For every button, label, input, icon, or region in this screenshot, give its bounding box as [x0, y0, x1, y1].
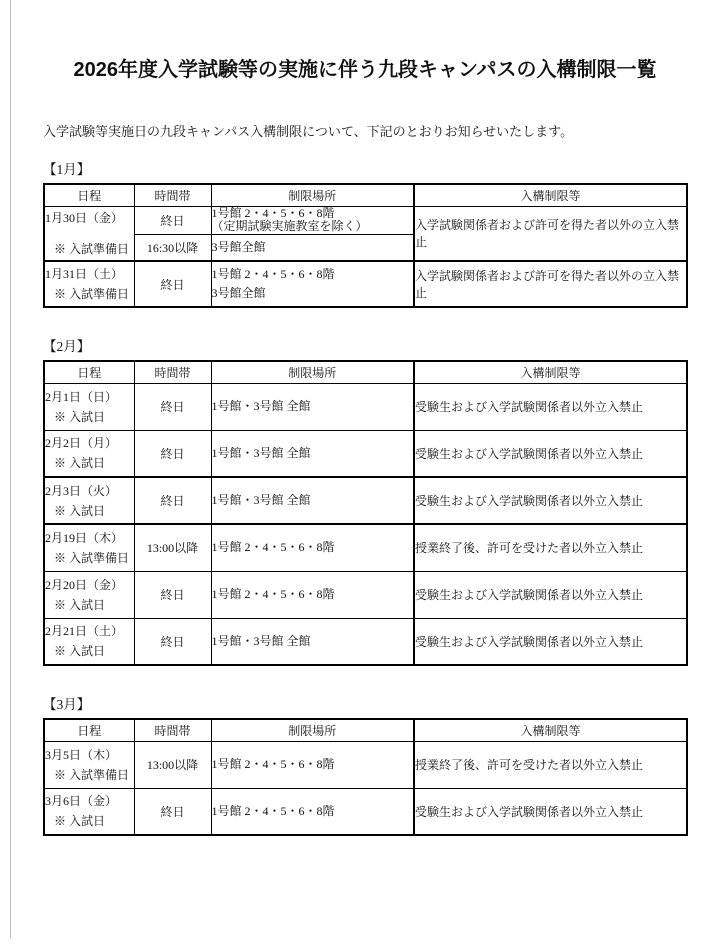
place-cell: 1号館 2・4・5・6・8階	[211, 571, 414, 618]
date-cell: 2月1日（日） ※ 入試日	[44, 383, 134, 430]
date-line: 2月1日（日）	[45, 387, 134, 407]
col-header-place: 制限場所	[211, 361, 414, 383]
restriction-cell: 授業終了後、許可を受けた者以外立入禁止	[414, 741, 687, 788]
table-row: 2月1日（日） ※ 入試日 終日 1号館・3号館 全館 受験生および入学試験関係…	[44, 383, 687, 430]
place-cell: 1号館・3号館 全館	[211, 383, 414, 430]
date-note: ※ 入試準備日	[45, 239, 134, 259]
header-row: 日程 時間帯 制限場所 入構制限等	[44, 719, 687, 741]
section-label-january: 【1月】	[43, 161, 687, 178]
place-cell: 3号館全館	[211, 234, 414, 261]
time-cell: 終日	[134, 618, 211, 665]
table-row: 2月20日（金） ※ 入試日 終日 1号館 2・4・5・6・8階 受験生および入…	[44, 571, 687, 618]
date-cell: 2月19日（木） ※ 入試準備日	[44, 524, 134, 571]
restriction-cell: 受験生および入学試験関係者以外立入禁止	[414, 618, 687, 665]
date-line: 2月3日（火）	[45, 481, 134, 501]
date-line: 2月21日（土）	[45, 621, 134, 641]
date-cell: 3月5日（木） ※ 入試準備日	[44, 741, 134, 788]
restriction-cell: 授業終了後、許可を受けた者以外立入禁止	[414, 524, 687, 571]
time-cell: 終日	[134, 430, 211, 477]
intro-text: 入学試験等実施日の九段キャンパス入構制限について、下記のとおりお知らせいたします…	[43, 124, 687, 140]
february-table: 日程 時間帯 制限場所 入構制限等 2月1日（日） ※ 入試日 終日 1号館・3…	[43, 360, 688, 666]
date-note: ※ 入試準備日	[45, 765, 134, 785]
date-cell: 1月30日（金） ※ 入試準備日	[44, 206, 134, 261]
time-cell: 終日	[134, 383, 211, 430]
time-cell: 終日	[134, 788, 211, 835]
time-cell: 終日	[134, 571, 211, 618]
header-row: 日程 時間帯 制限場所 入構制限等	[44, 361, 687, 383]
time-cell: 終日	[134, 206, 211, 234]
page-edge-line	[10, 0, 11, 938]
place-cell: 1号館 2・4・5・6・8階 （定期試験実施教室を除く）	[211, 206, 414, 234]
col-header-restriction: 入構制限等	[414, 361, 687, 383]
col-header-date: 日程	[44, 184, 134, 206]
date-line: 1月30日（金）	[45, 208, 134, 228]
time-cell: 16:30以降	[134, 234, 211, 261]
date-cell: 3月6日（金） ※ 入試日	[44, 788, 134, 835]
place-cell: 1号館 2・4・5・6・8階	[211, 788, 414, 835]
place-cell: 1号館 2・4・5・6・8階 3号館全館	[211, 261, 414, 307]
col-header-restriction: 入構制限等	[414, 184, 687, 206]
page-title: 2026年度入学試験等の実施に伴う九段キャンパスの入構制限一覧	[43, 56, 687, 84]
place-cell: 1号館 2・4・5・6・8階	[211, 524, 414, 571]
date-note: ※ 入試日	[45, 811, 134, 831]
table-row: 2月21日（土） ※ 入試日 終日 1号館・3号館 全館 受験生および入学試験関…	[44, 618, 687, 665]
date-note: ※ 入試日	[45, 453, 134, 473]
date-line: 2月20日（金）	[45, 575, 134, 595]
march-table: 日程 時間帯 制限場所 入構制限等 3月5日（木） ※ 入試準備日 13:00以…	[43, 718, 688, 836]
date-note: ※ 入試日	[45, 501, 134, 521]
date-note: ※ 入試準備日	[45, 548, 134, 568]
place-line: （定期試験実施教室を除く）	[212, 220, 414, 233]
date-line: 2月19日（木）	[45, 528, 134, 548]
date-note: ※ 入試準備日	[45, 284, 134, 304]
restriction-cell: 入学試験関係者および許可を得た者以外の立入禁止	[414, 206, 687, 261]
table-row: 3月5日（木） ※ 入試準備日 13:00以降 1号館 2・4・5・6・8階 授…	[44, 741, 687, 788]
date-cell: 2月20日（金） ※ 入試日	[44, 571, 134, 618]
restriction-cell: 受験生および入学試験関係者以外立入禁止	[414, 571, 687, 618]
section-label-february: 【2月】	[43, 338, 687, 355]
restriction-cell: 入学試験関係者および許可を得た者以外の立入禁止	[414, 261, 687, 307]
place-line: 3号館全館	[212, 284, 414, 303]
date-line: 3月6日（金）	[45, 791, 134, 811]
col-header-date: 日程	[44, 361, 134, 383]
date-line: 3月5日（木）	[45, 745, 134, 765]
date-cell: 2月2日（月） ※ 入試日	[44, 430, 134, 477]
date-cell: 1月31日（土） ※ 入試準備日	[44, 261, 134, 307]
restriction-cell: 受験生および入学試験関係者以外立入禁止	[414, 383, 687, 430]
place-cell: 1号館・3号館 全館	[211, 477, 414, 524]
date-cell: 2月3日（火） ※ 入試日	[44, 477, 134, 524]
time-cell: 終日	[134, 477, 211, 524]
date-cell: 2月21日（土） ※ 入試日	[44, 618, 134, 665]
table-row: 2月3日（火） ※ 入試日 終日 1号館・3号館 全館 受験生および入学試験関係…	[44, 477, 687, 524]
restriction-cell: 受験生および入学試験関係者以外立入禁止	[414, 430, 687, 477]
document-page: 2026年度入学試験等の実施に伴う九段キャンパスの入構制限一覧 入学試験等実施日…	[0, 0, 726, 947]
place-line: 1号館 2・4・5・6・8階	[212, 265, 414, 284]
date-line: 2月2日（月）	[45, 433, 134, 453]
col-header-time: 時間帯	[134, 361, 211, 383]
place-cell: 1号館・3号館 全館	[211, 430, 414, 477]
table-row: 1月31日（土） ※ 入試準備日 終日 1号館 2・4・5・6・8階 3号館全館…	[44, 261, 687, 307]
date-line: 1月31日（土）	[45, 264, 134, 284]
date-note: ※ 入試日	[45, 641, 134, 661]
january-table: 日程 時間帯 制限場所 入構制限等 1月30日（金） ※ 入試準備日 終日 1号…	[43, 183, 688, 308]
date-note: ※ 入試日	[45, 407, 134, 427]
table-row: 1月30日（金） ※ 入試準備日 終日 1号館 2・4・5・6・8階 （定期試験…	[44, 206, 687, 234]
time-cell: 13:00以降	[134, 741, 211, 788]
table-row: 2月2日（月） ※ 入試日 終日 1号館・3号館 全館 受験生および入学試験関係…	[44, 430, 687, 477]
place-cell: 1号館・3号館 全館	[211, 618, 414, 665]
section-label-march: 【3月】	[43, 696, 687, 713]
col-header-time: 時間帯	[134, 719, 211, 741]
document-content: 2026年度入学試験等の実施に伴う九段キャンパスの入構制限一覧 入学試験等実施日…	[43, 0, 687, 836]
place-cell: 1号館 2・4・5・6・8階	[211, 741, 414, 788]
header-row: 日程 時間帯 制限場所 入構制限等	[44, 184, 687, 206]
time-cell: 終日	[134, 261, 211, 307]
time-cell: 13:00以降	[134, 524, 211, 571]
date-note: ※ 入試日	[45, 595, 134, 615]
col-header-date: 日程	[44, 719, 134, 741]
col-header-restriction: 入構制限等	[414, 719, 687, 741]
table-row: 3月6日（金） ※ 入試日 終日 1号館 2・4・5・6・8階 受験生および入学…	[44, 788, 687, 835]
col-header-place: 制限場所	[211, 719, 414, 741]
col-header-place: 制限場所	[211, 184, 414, 206]
col-header-time: 時間帯	[134, 184, 211, 206]
restriction-cell: 受験生および入学試験関係者以外立入禁止	[414, 788, 687, 835]
restriction-cell: 受験生および入学試験関係者以外立入禁止	[414, 477, 687, 524]
table-row: 2月19日（木） ※ 入試準備日 13:00以降 1号館 2・4・5・6・8階 …	[44, 524, 687, 571]
